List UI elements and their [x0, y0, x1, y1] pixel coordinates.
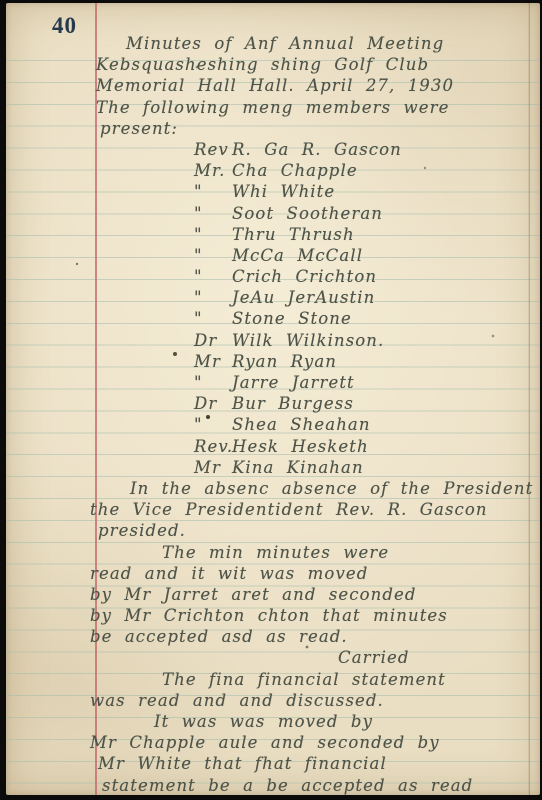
heading-lines: Minutes of Anf Annual MeetingKebsquashes…: [90, 33, 540, 139]
attendee-name: Kina Kinahan: [232, 458, 364, 477]
attendee-name: Bur Burgess: [232, 394, 354, 413]
attendee-title: ": [194, 414, 232, 435]
handwritten-line: In the absenc absence of the President: [90, 478, 540, 499]
handwritten-line: read and it wit was moved: [90, 563, 540, 584]
attendee-title: ": [194, 181, 232, 202]
scan-border-frame: 40 Minutes of Anf Annual MeetingKebsquas…: [0, 0, 542, 800]
attendee-name: Soot Sootheran: [232, 204, 383, 223]
handwritten-line: by Mr Crichton chton that minutes: [90, 605, 540, 626]
attendee-title: ": [194, 287, 232, 308]
attendee-title: Rev: [194, 139, 232, 160]
handwritten-line: Carried: [90, 647, 540, 668]
minute-book-page: 40 Minutes of Anf Annual MeetingKebsquas…: [6, 3, 540, 795]
attendee-title: Mr: [194, 351, 232, 372]
attendee-title: Rev.: [194, 436, 232, 457]
attendee-row: "Crich Crichton: [90, 266, 540, 287]
page-number: 40: [52, 13, 77, 39]
attendee-title: Dr: [194, 393, 232, 414]
handwritten-line: The fina financial statement: [90, 669, 540, 690]
attendee-title: Dr: [194, 330, 232, 351]
attendee-row: "JeAu JerAustin: [90, 287, 540, 308]
attendee-name: Whi White: [232, 182, 335, 201]
handwritten-line: by Mr Jarret aret and seconded: [90, 584, 540, 605]
handwritten-line: presided.: [90, 520, 540, 541]
attendee-name: Ryan Ryan: [232, 352, 337, 371]
attendee-name: Jarre Jarrett: [232, 373, 355, 392]
attendee-row: "Thru Thrush: [90, 224, 540, 245]
handwritten-line: statement be a be accepted as read: [90, 775, 540, 795]
handwritten-line: Kebsquasheshing shing Golf Club: [90, 54, 540, 75]
attendee-name: McCa McCall: [232, 246, 363, 265]
handwritten-line: be accepted asd as read.: [90, 626, 540, 647]
body-lines: In the absenc absence of the Presidentth…: [90, 478, 540, 795]
attendee-name: Wilk Wilkinson.: [232, 331, 384, 350]
handwritten-line: Minutes of Anf Annual Meeting: [90, 33, 540, 54]
attendee-list: RevR. Ga R. GasconMr.Cha Chapple"Whi Whi…: [90, 139, 540, 478]
attendee-title: ": [194, 372, 232, 393]
attendee-title: ": [194, 224, 232, 245]
handwritten-line: present:: [90, 118, 540, 139]
attendee-name: Cha Chapple: [232, 161, 358, 180]
paper-specks: [6, 3, 8, 5]
attendee-row: DrWilk Wilkinson.: [90, 330, 540, 351]
handwritten-line: Memorial Hall Hall. April 27, 1930: [90, 75, 540, 96]
attendee-name: Hesk Hesketh: [232, 437, 369, 456]
attendee-row: MrRyan Ryan: [90, 351, 540, 372]
attendee-name: R. Ga R. Gascon: [232, 140, 402, 159]
attendee-row: "Shea Sheahan: [90, 414, 540, 435]
handwritten-line: Mr White that fhat financial: [90, 753, 540, 774]
handwritten-line: The following meng members were: [90, 97, 540, 118]
attendee-title: ": [194, 245, 232, 266]
attendee-title: Mr: [194, 457, 232, 478]
handwritten-line: the Vice Presidentident Rev. R. Gascon: [90, 499, 540, 520]
attendee-title: ": [194, 266, 232, 287]
attendee-name: Thru Thrush: [232, 225, 355, 244]
attendee-row: "Whi White: [90, 181, 540, 202]
attendee-row: "Soot Sootheran: [90, 203, 540, 224]
attendee-title: ": [194, 308, 232, 329]
handwritten-line: The min minutes were: [90, 542, 540, 563]
handwritten-line: Mr Chapple aule and seconded by: [90, 732, 540, 753]
attendee-name: Crich Crichton: [232, 267, 377, 286]
attendee-row: Mr.Cha Chapple: [90, 160, 540, 181]
attendee-name: Stone Stone: [232, 309, 352, 328]
attendee-name: JeAu JerAustin: [232, 288, 375, 307]
attendee-row: "Jarre Jarrett: [90, 372, 540, 393]
attendee-title: ": [194, 203, 232, 224]
attendee-row: "Stone Stone: [90, 308, 540, 329]
attendee-title: Mr.: [194, 160, 232, 181]
attendee-row: MrKina Kinahan: [90, 457, 540, 478]
attendee-row: Rev.Hesk Hesketh: [90, 436, 540, 457]
handwriting-content: Minutes of Anf Annual MeetingKebsquashes…: [90, 33, 540, 795]
handwritten-line: was read and and discussed.: [90, 690, 540, 711]
attendee-row: DrBur Burgess: [90, 393, 540, 414]
attendee-row: "McCa McCall: [90, 245, 540, 266]
attendee-name: Shea Sheahan: [232, 415, 371, 434]
handwritten-line: It was was moved by: [90, 711, 540, 732]
attendee-row: RevR. Ga R. Gascon: [90, 139, 540, 160]
